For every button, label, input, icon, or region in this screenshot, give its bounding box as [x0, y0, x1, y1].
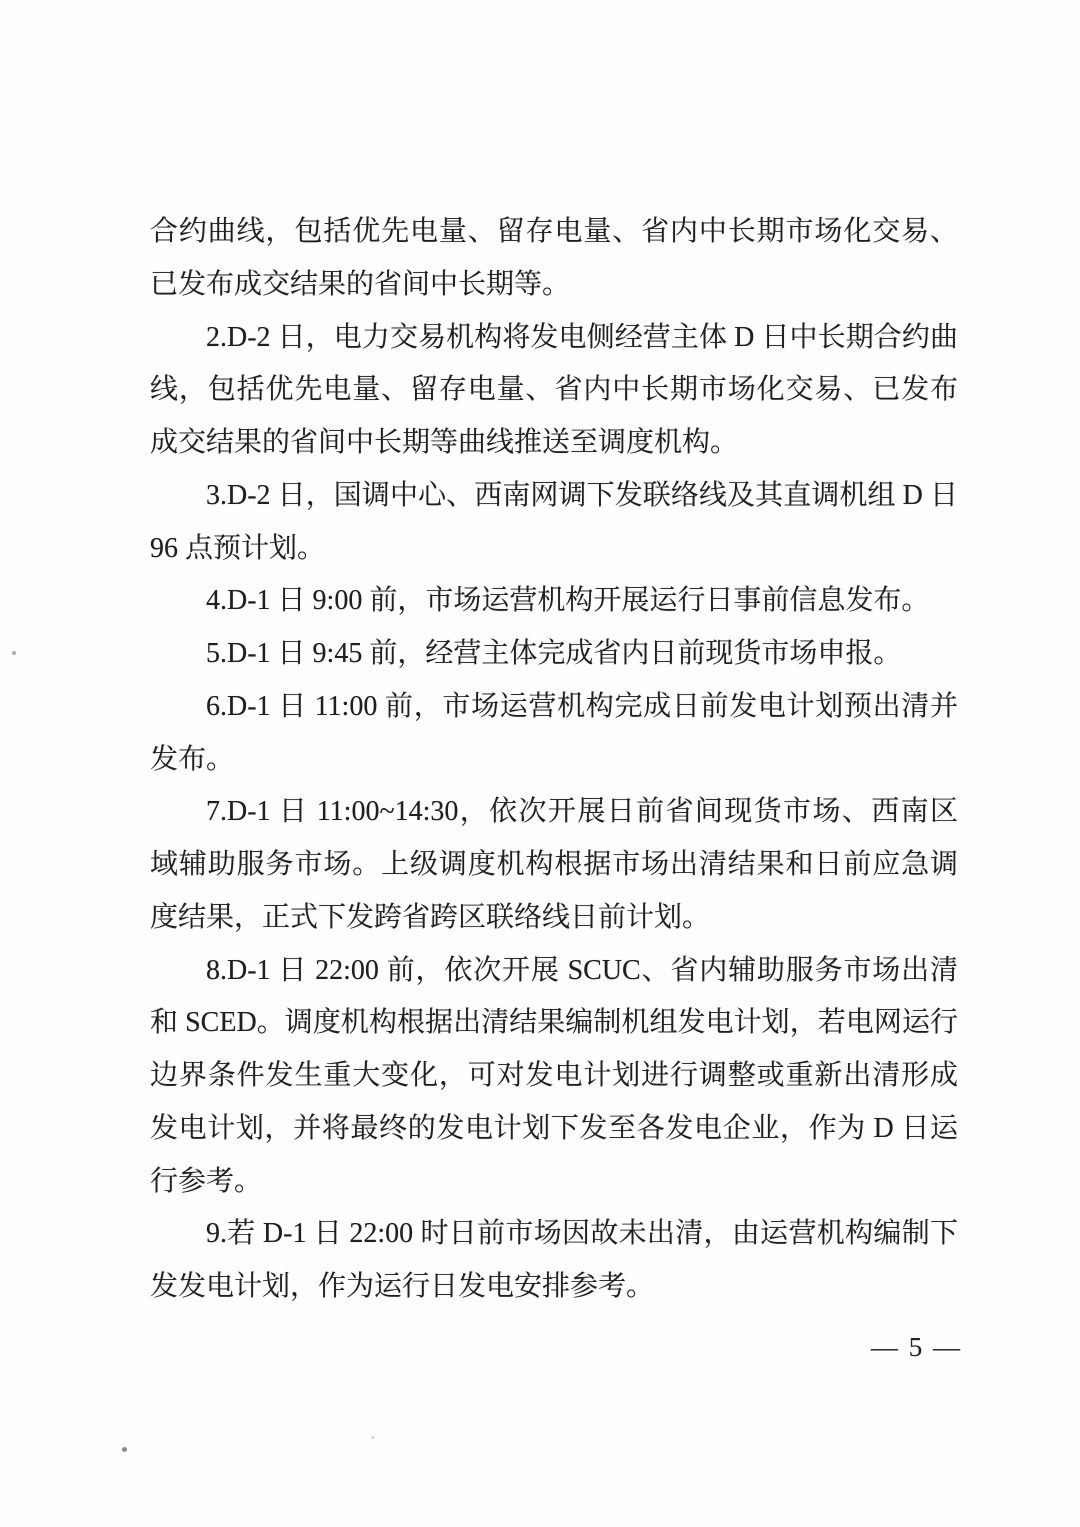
paragraph-8: 8.D-1 日 22:00 前，依次开展 SCUC、省内辅助服务市场出清和 SC… [150, 945, 958, 1209]
paragraph-continuation: 合约曲线，包括优先电量、留存电量、省内中长期市场化交易、已发布成交结果的省间中长… [150, 206, 958, 312]
paragraph-4: 4.D-1 日 9:00 前，市场运营机构开展运行日事前信息发布。 [150, 575, 958, 628]
paragraph-9: 9.若 D-1 日 22:00 时日前市场因故未出清，由运营机构编制下发发电计划… [150, 1208, 958, 1314]
page-number: — 5 — [871, 1332, 962, 1363]
document-body: 合约曲线，包括优先电量、留存电量、省内中长期市场化交易、已发布成交结果的省间中长… [150, 206, 958, 1314]
document-page: 合约曲线，包括优先电量、留存电量、省内中长期市场化交易、已发布成交结果的省间中长… [0, 0, 1080, 1527]
scan-speck [122, 1447, 127, 1452]
paragraph-5: 5.D-1 日 9:45 前，经营主体完成省内日前现货市场申报。 [150, 628, 958, 681]
scan-speck [12, 651, 16, 655]
paragraph-3: 3.D-2 日，国调中心、西南网调下发联络线及其直调机组 D 日 96 点预计划… [150, 470, 958, 576]
scan-speck [371, 1436, 375, 1439]
paragraph-6: 6.D-1 日 11:00 前，市场运营机构完成日前发电计划预出清并发布。 [150, 681, 958, 787]
paragraph-7: 7.D-1 日 11:00~14:30，依次开展日前省间现货市场、西南区域辅助服… [150, 786, 958, 944]
paragraph-2: 2.D-2 日，电力交易机构将发电侧经营主体 D 日中长期合约曲线，包括优先电量… [150, 312, 958, 470]
